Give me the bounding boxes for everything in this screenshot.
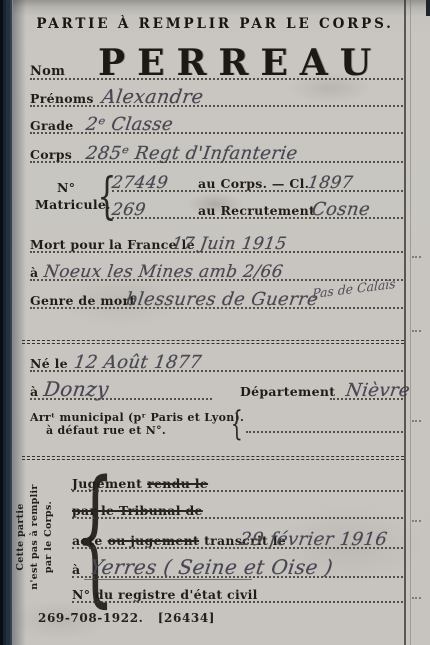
field-row-tribunal: par le Tribunal de: [72, 493, 403, 519]
field-row-matricule-recrutement: 269 au Recrutement Cosne: [112, 193, 403, 219]
transcription-lieu-value-handwritten: Yerres ( Seine et Oise ): [88, 555, 334, 579]
margin-mark: [412, 256, 421, 258]
form-imprint-reference: 269-708-1922. [26434]: [38, 611, 215, 625]
field-row-prenoms: Prénoms Alexandre: [30, 81, 403, 107]
sidebar-note-line: n'est pas à remplir: [28, 462, 42, 612]
arrondissement-label-line1: Arrᵗ municipal (pʳ Paris et Lyon).: [30, 411, 244, 424]
sidebar-note-line: Cette partie: [14, 462, 28, 612]
field-row-corps: Corps 285ᵉ Regt d'Infanterie: [30, 137, 403, 163]
matricule-recrutement-number-handwritten: 269: [111, 200, 147, 220]
scan-left-edge: [0, 0, 13, 645]
matricule-recrutement-place-handwritten: Cosne: [311, 199, 372, 220]
field-row-transcription-lieu: à Yerres ( Seine et Oise ): [72, 552, 403, 578]
naissance-lieu-label: à: [30, 384, 38, 399]
transcription-normal-start: acte: [72, 533, 103, 548]
margin-mark: [412, 520, 421, 522]
field-row-naissance-date: Né le 12 Août 1877: [30, 346, 403, 372]
grade-value-handwritten: 2ᵉ Classe: [85, 114, 175, 135]
section-separator: [22, 340, 404, 344]
field-row-grade: Grade 2ᵉ Classe: [30, 108, 403, 134]
mort-lieu-label: à: [30, 265, 38, 280]
naissance-lieu-value-handwritten: Donzy: [42, 377, 110, 401]
corps-value-handwritten: 285ᵉ Regt d'Infanterie: [85, 143, 300, 164]
field-row-naissance-lieu: à Donzy Département Nièvre: [30, 374, 403, 400]
registre-label: N° du registre d'état civil: [72, 587, 258, 602]
prenoms-value-handwritten: Alexandre: [100, 86, 205, 108]
matricule-recrutement-label: au Recrutement: [198, 203, 315, 218]
corps-label: Corps: [30, 147, 72, 162]
jugement-rendu-struck: rendu le: [147, 476, 208, 491]
nom-label: Nom: [30, 64, 65, 79]
genre-mort-value-handwritten: blessures de Guerre: [125, 289, 320, 310]
dotted-line: [30, 78, 403, 80]
transcription-date-handwritten: 29 février 1916: [239, 529, 389, 550]
mort-date-handwritten: 17 Juin 1915: [171, 234, 288, 254]
matricule-corps-number-handwritten: 27449: [111, 173, 170, 193]
margin-mark: [412, 597, 421, 599]
margin-mark: [412, 420, 421, 422]
grade-label: Grade: [30, 118, 74, 133]
tribunal-label-struck: par le Tribunal de: [72, 503, 203, 518]
right-fold-line: [404, 0, 411, 645]
departement-value-handwritten: Nièvre: [345, 380, 412, 401]
matricule-corps-suffix-label: au Corps. — Cl.: [198, 176, 309, 191]
dotted-line: [246, 431, 403, 433]
field-row-registre: N° du registre d'état civil: [72, 577, 403, 603]
form-section-title: PARTIE À REMPLIR PAR LE CORPS.: [20, 16, 410, 32]
military-death-record-card: PARTIE À REMPLIR PAR LE CORPS. PERREAU N…: [0, 0, 430, 645]
field-row-nom: Nom: [30, 54, 403, 80]
top-right-edge-mark: [426, 0, 430, 16]
matricule-label-line1: N°: [57, 180, 75, 195]
prenoms-label: Prénoms: [30, 91, 94, 106]
field-row-arrondissement: Arrᵗ municipal (pʳ Paris et Lyon). à déf…: [30, 409, 403, 447]
naissance-date-handwritten: 12 Août 1877: [73, 352, 204, 373]
naissance-label: Né le: [30, 356, 68, 371]
genre-mort-label: Genre de mort: [30, 293, 135, 308]
mort-lieu-value-handwritten: Noeux les Mines amb 2/66: [43, 262, 285, 282]
field-row-mort-lieu: à Noeux les Mines amb 2/66: [30, 255, 403, 281]
sidebar-note-line: par le Corps.: [42, 462, 56, 612]
field-row-jugement-rendu: Jugementrendu le: [72, 466, 403, 492]
field-row-matricule-corps: 27449 au Corps. — Cl. 1897: [112, 166, 403, 192]
arrondissement-brace: {: [231, 407, 243, 441]
jugement-rendu-normal: Jugement: [72, 476, 142, 491]
margin-mark: [412, 330, 421, 332]
field-row-mort-date: Mort pour la France le 17 Juin 1915: [30, 227, 403, 253]
arrondissement-label-line2: à défaut rue et N°.: [46, 424, 166, 437]
matricule-classe-handwritten: 1897: [307, 173, 355, 193]
departement-label: Département: [240, 384, 335, 399]
jugement-rendu-label: Jugementrendu le: [72, 476, 208, 491]
field-row-transcription: acteou jugementtranscrit le 29 février 1…: [72, 523, 403, 549]
transcription-struck: ou jugement: [108, 533, 199, 548]
transcription-lieu-label: à: [72, 562, 80, 577]
sidebar-rotated-note: Cette partie n'est pas à remplir par le …: [14, 462, 60, 612]
